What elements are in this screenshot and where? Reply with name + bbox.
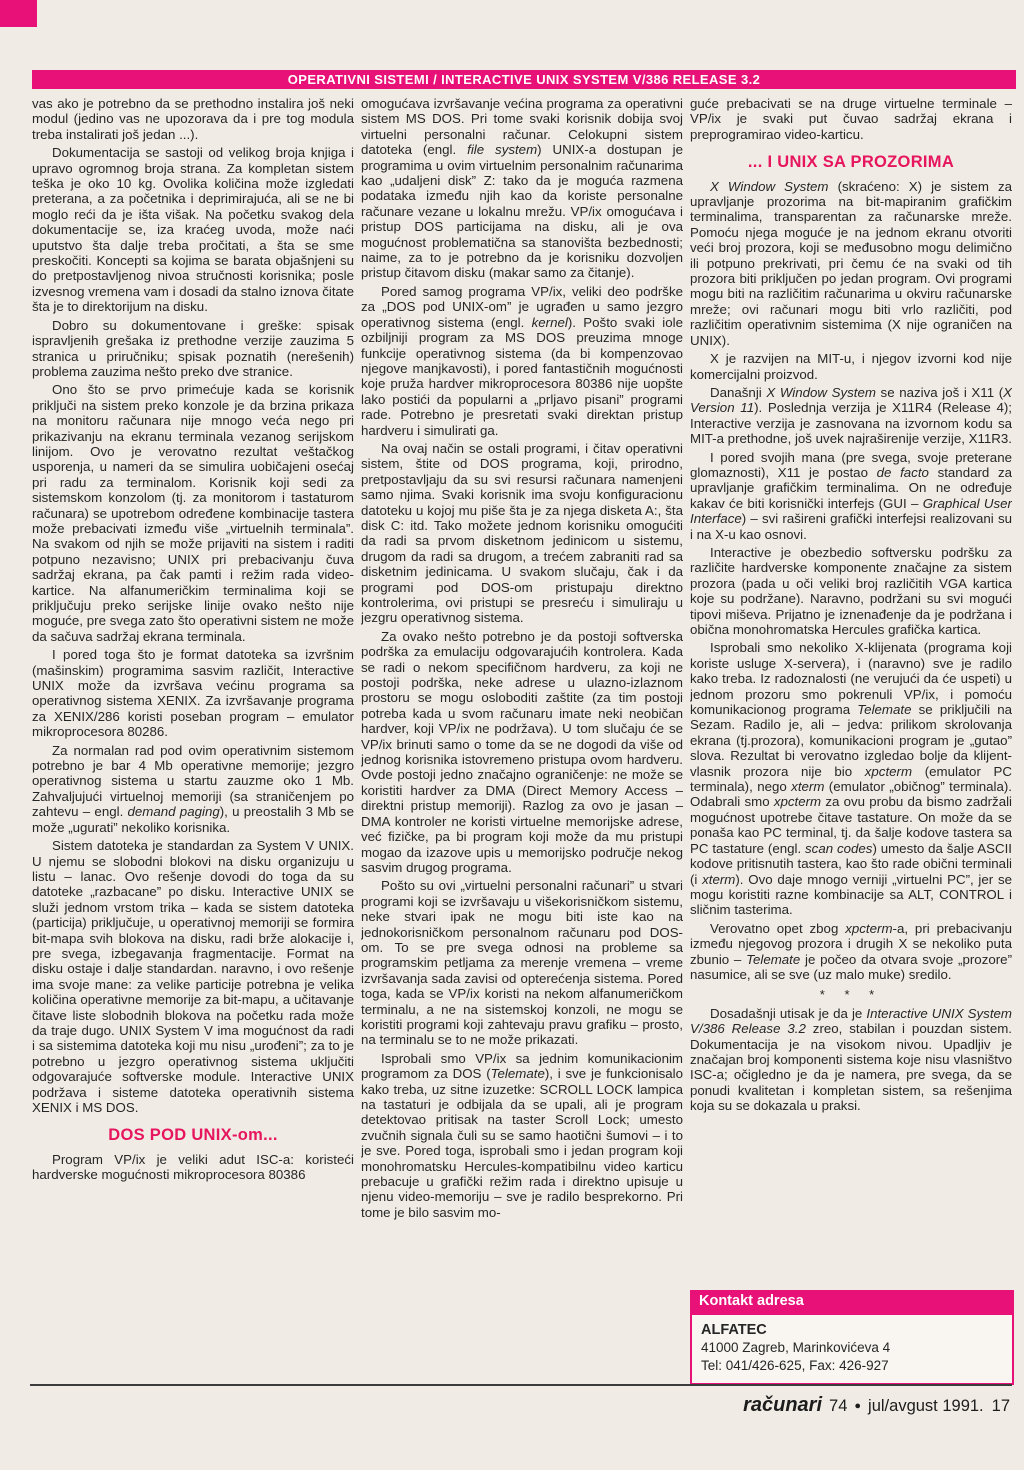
paragraph: Za normalan rad pod ovim operativnim sis… <box>32 743 354 835</box>
paragraph: Za ovako nešto potrebno je da postoji so… <box>361 629 683 876</box>
paragraph: Pošto su ovi „virtuelni personalni račun… <box>361 878 683 1047</box>
italic-text: scan codes <box>805 841 872 856</box>
heading-dos-pod-unix: DOS POD UNIX-om... <box>32 1128 354 1143</box>
paragraph: Isprobali smo VP/ix sa jednim komunikaci… <box>361 1051 683 1220</box>
italic-text: X Window System <box>766 385 876 400</box>
column-1-blocks: vas ako je potrebno da se prethodno inst… <box>32 96 354 1382</box>
contact-box-body: ALFATEC 41000 Zagreb, Marinkovićeva 4 Te… <box>690 1313 1014 1385</box>
paragraph: I pored svojih mana (pre svega, svoje pr… <box>690 450 1012 542</box>
footer-date: jul/avgust 1991. <box>868 1397 984 1415</box>
column-2-blocks: omogućava izvršavanje većina programa za… <box>361 96 683 1382</box>
italic-text: de facto <box>877 465 929 480</box>
paragraph: omogućava izvršavanje većina programa za… <box>361 96 683 281</box>
paragraph: X Window System (skraćeno: X) je sistem … <box>690 179 1012 348</box>
paragraph: Dobro su dokumentovane i greške: spisak … <box>32 318 354 380</box>
magazine-page: OPERATIVNI SISTEMI / INTERACTIVE UNIX SY… <box>0 0 1024 1470</box>
article-header-title: OPERATIVNI SISTEMI / INTERACTIVE UNIX SY… <box>288 72 760 87</box>
body-text: ) UNIX-a dostupan je programima u ovim v… <box>361 142 683 280</box>
contact-box-header: Kontakt adresa <box>690 1290 1014 1313</box>
body-text: Program VP/ix je veliki adut ISC-a: kori… <box>32 1152 354 1182</box>
italic-text: Telemate <box>857 702 911 717</box>
page-footer: računari74●jul/avgust 1991.17 <box>743 1394 1010 1417</box>
italic-text: file system <box>467 142 537 157</box>
paragraph: guće prebacivati se na druge virtuelne t… <box>690 96 1012 142</box>
body-text: Sistem datoteka je standardan za System … <box>32 838 354 1115</box>
paragraph: Ono što se prvo primećuje kada se korisn… <box>32 382 354 644</box>
italic-text: Telemate <box>746 952 800 967</box>
magazine-name: računari <box>743 1394 822 1416</box>
body-text: Za ovako nešto potrebno je da postoji so… <box>361 629 683 875</box>
paragraph: Interactive je obezbedio softversku podr… <box>690 545 1012 637</box>
body-text: Interactive je obezbedio softversku podr… <box>690 545 1012 637</box>
body-text: se naziva još i X11 ( <box>876 385 1003 400</box>
body-text: vas ako je potrebno da se prethodno inst… <box>32 96 354 142</box>
body-text: Današnji <box>710 385 766 400</box>
paragraph: I pored toga što je format datoteka sa i… <box>32 647 354 739</box>
paragraph: Verovatno opet zbog xpcterm-a, pri preba… <box>690 921 1012 983</box>
paragraph: Pored samog programa VP/ix, veliki deo p… <box>361 284 683 438</box>
article-header-bar: OPERATIVNI SISTEMI / INTERACTIVE UNIX SY… <box>32 70 1016 89</box>
body-text: I pored toga što je format datoteka sa i… <box>32 647 354 739</box>
section-separator: * * * <box>690 987 1012 1002</box>
paragraph: Današnji X Window System se naziva još i… <box>690 385 1012 447</box>
body-text: Verovatno opet zbog <box>710 921 845 936</box>
italic-text: xterm <box>791 779 824 794</box>
body-text: ), i sve je funkcionisalo kako treba, uz… <box>361 1066 683 1220</box>
contact-box: Kontakt adresa ALFATEC 41000 Zagreb, Mar… <box>690 1290 1014 1385</box>
paragraph: Na ovaj način se ostali programi, i čita… <box>361 441 683 626</box>
body-text: Ono što se prvo primećuje kada se korisn… <box>32 382 354 644</box>
paragraph: Isprobali smo nekoliko X-klijenata (prog… <box>690 640 1012 917</box>
paragraph: Sistem datoteka je standardan za System … <box>32 838 354 1115</box>
body-text: Na ovaj način se ostali programi, i čita… <box>361 441 683 625</box>
body-text: Dosadašnji utisak je da je <box>710 1006 866 1021</box>
contact-company: ALFATEC <box>701 1321 1003 1339</box>
italic-text: xterm <box>702 872 735 887</box>
paragraph: Dokumentacija se sastoji od velikog broj… <box>32 145 354 314</box>
body-text: guće prebacivati se na druge virtuelne t… <box>690 96 1012 142</box>
paragraph: Program VP/ix je veliki adut ISC-a: kori… <box>32 1152 354 1183</box>
italic-text: Telemate <box>491 1066 545 1081</box>
paragraph: Dosadašnji utisak je da je Interactive U… <box>690 1006 1012 1114</box>
italic-text: demand paging <box>128 804 220 819</box>
body-text: Pošto su ovi „virtuelni personalni račun… <box>361 878 683 1047</box>
body-text: Dokumentacija se sastoji od velikog broj… <box>32 145 354 314</box>
italic-text: xpcterm <box>865 764 912 779</box>
heading-i-unix-sa-prozorima: ... I UNIX SA PROZORIMA <box>690 155 1012 170</box>
italic-text: kernel <box>532 315 568 330</box>
body-text: ). Ovo daje mnogo verniji „virtuelni PC”… <box>690 872 1012 918</box>
body-text: Dobro su dokumentovane i greške: spisak … <box>32 318 354 379</box>
column-3-blocks: guće prebacivati se na druge virtuelne t… <box>690 96 1012 1288</box>
page-corner-mark <box>0 0 37 27</box>
body-text: ). Pošto svaki iole ozbiljniji program z… <box>361 315 683 438</box>
paragraph: X je razvijen na MIT-u, i njegov izvorni… <box>690 351 1012 382</box>
issue-number: 74 <box>829 1397 847 1415</box>
page-number: 17 <box>992 1397 1010 1415</box>
italic-text: xpcterm <box>774 794 821 809</box>
paragraph: vas ako je potrebno da se prethodno inst… <box>32 96 354 142</box>
footer-rule <box>30 1384 1012 1386</box>
body-text: (skraćeno: X) je sistem za upravljanje p… <box>690 179 1012 348</box>
italic-text: X Window System <box>710 179 829 194</box>
italic-text: xpcterm <box>845 921 892 936</box>
contact-address: 41000 Zagreb, Marinkovićeva 4 <box>701 1339 1003 1357</box>
footer-bullet: ● <box>854 1400 861 1412</box>
body-text: X je razvijen na MIT-u, i njegov izvorni… <box>690 351 1012 381</box>
contact-phone: Tel: 041/426-625, Fax: 426-927 <box>701 1357 1003 1375</box>
